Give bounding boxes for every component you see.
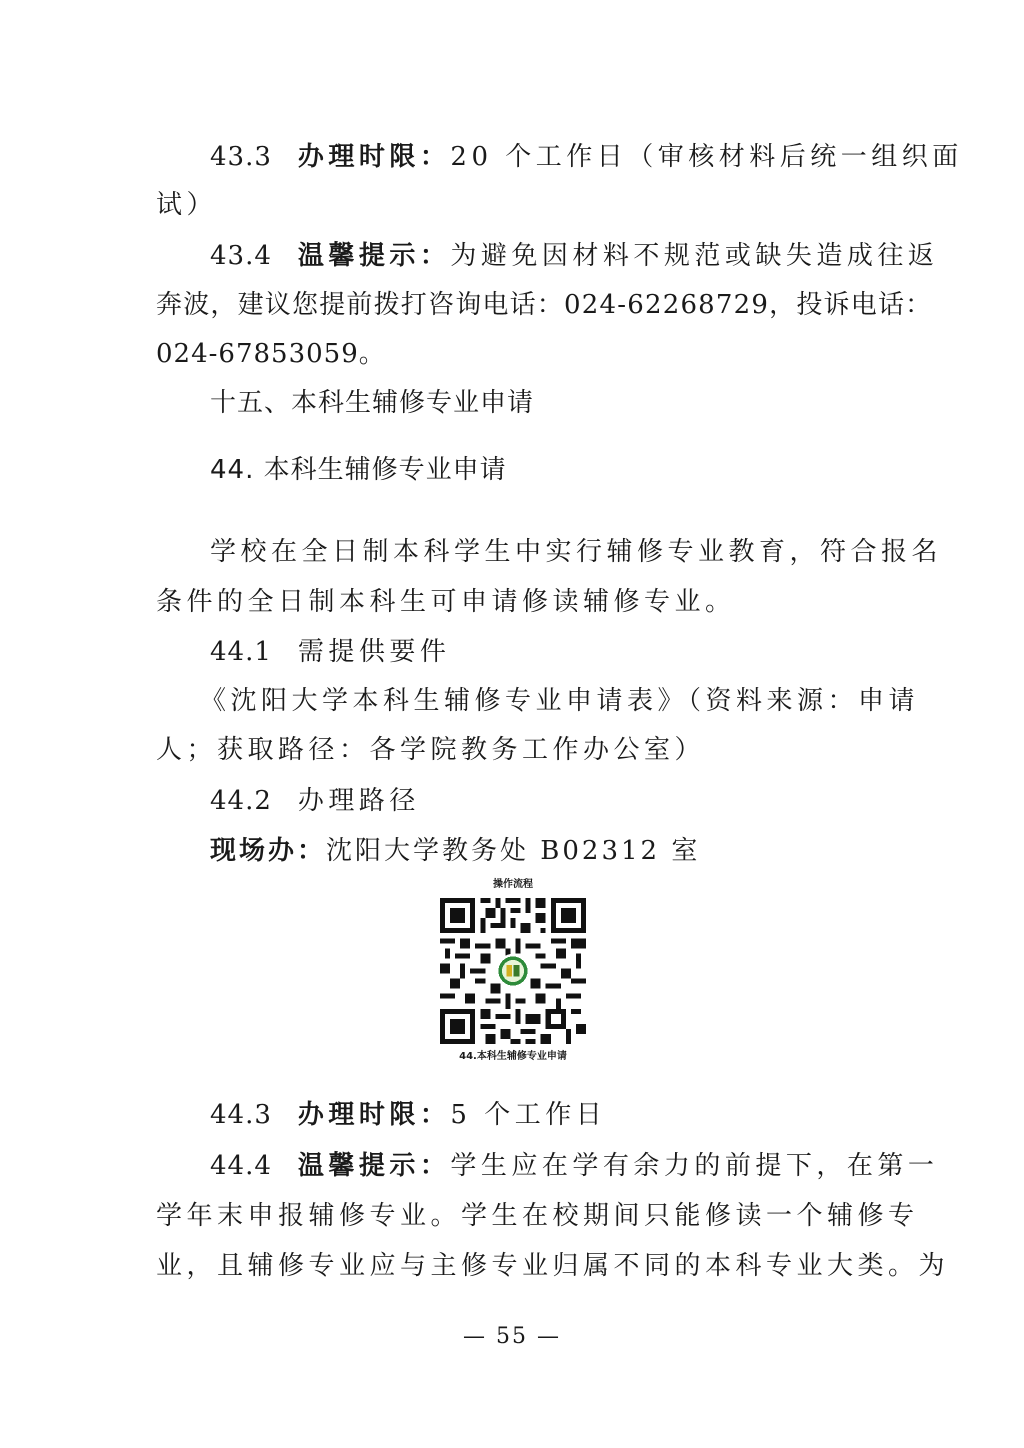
item-label: 办理路径 bbox=[298, 786, 420, 816]
item-label: 温馨提示： bbox=[298, 1151, 451, 1181]
item-text: 20 个工作日（审核材料后统一组织面 bbox=[450, 142, 962, 172]
item-text: 学生应在学有余力的前提下，在第一 bbox=[450, 1151, 938, 1181]
item-44-4-line2: 学年末申报辅修专业。学生在校期间只能修读一个辅修专 bbox=[156, 1199, 919, 1233]
onsite-text: 沈阳大学教务处 B02312 室 bbox=[326, 836, 700, 866]
item-44-1-line2: 人；获取路径：各学院教务工作办公室） bbox=[156, 733, 705, 767]
qr-code-icon[interactable] bbox=[440, 898, 586, 1044]
item-number: 43.4 bbox=[210, 241, 272, 271]
item-number: 43.3 bbox=[210, 142, 272, 172]
item-44-3: 44.3办理时限：5 个工作日 bbox=[210, 1098, 606, 1132]
onsite-label: 现场办： bbox=[210, 836, 326, 866]
item-label: 温馨提示： bbox=[298, 241, 451, 271]
item-label: 办理时限： bbox=[298, 1100, 451, 1130]
item-43-4-line1: 43.4温馨提示：为避免因材料不规范或缺失造成往返 bbox=[210, 239, 938, 273]
qr-block: 操作流程 44.本科生辅修专业申请 bbox=[438, 878, 588, 1064]
item-text: 为避免因材料不规范或缺失造成往返 bbox=[450, 241, 938, 271]
chapter-heading: 十五、本科生辅修专业申请 bbox=[210, 386, 534, 420]
item-number: 44.4 bbox=[210, 1151, 272, 1181]
item-44-2-heading: 44.2办理路径 bbox=[210, 784, 420, 818]
item-text: 5 个工作日 bbox=[450, 1100, 606, 1130]
qr-caption: 44.本科生辅修专业申请 bbox=[438, 1050, 588, 1064]
item-44-1-line1: 《沈阳大学本科生辅修专业申请表》（资料来源：申请 bbox=[200, 684, 919, 718]
qr-title: 操作流程 bbox=[438, 878, 588, 892]
item-label: 需提供要件 bbox=[298, 637, 451, 667]
item-44-2-onsite: 现场办：沈阳大学教务处 B02312 室 bbox=[210, 834, 700, 868]
page-number: — 55 — bbox=[0, 1324, 1024, 1349]
item-43-4-line2: 奔波，建议您提前拨打咨询电话：024-62268729，投诉电话： bbox=[156, 288, 932, 322]
intro-line2: 条件的全日制本科生可申请修读辅修专业。 bbox=[156, 585, 736, 619]
item-44-4-line1: 44.4温馨提示：学生应在学有余力的前提下，在第一 bbox=[210, 1149, 938, 1183]
item-label: 办理时限： bbox=[298, 142, 451, 172]
item-43-4-line3: 024-67853059。 bbox=[156, 337, 386, 371]
section-title: 44. 本科生辅修专业申请 bbox=[210, 453, 507, 487]
intro-line1: 学校在全日制本科学生中实行辅修专业教育，符合报名 bbox=[210, 535, 942, 569]
item-43-3-line1: 43.3办理时限：20 个工作日（审核材料后统一组织面 bbox=[210, 140, 963, 174]
item-43-3-line2: 试） bbox=[156, 188, 217, 222]
item-number: 44.3 bbox=[210, 1100, 272, 1130]
item-44-4-line3: 业，且辅修专业应与主修专业归属不同的本科专业大类。为 bbox=[156, 1249, 949, 1283]
item-number: 44.2 bbox=[210, 786, 272, 816]
item-number: 44.1 bbox=[210, 637, 272, 667]
item-44-1-heading: 44.1需提供要件 bbox=[210, 635, 450, 669]
